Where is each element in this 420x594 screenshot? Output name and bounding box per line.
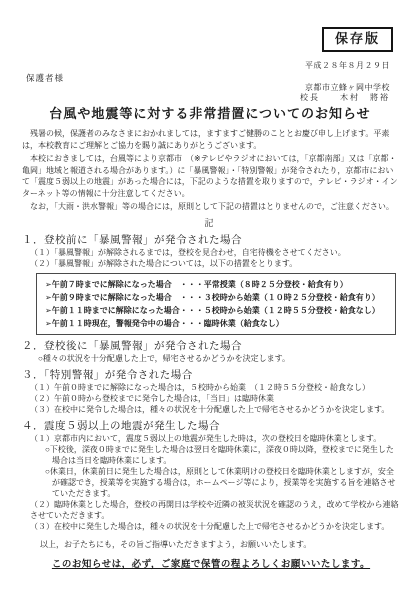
section-storm-warning-before-school: １．登校前に「暴風警報」が発令された場合 （１）「暴風警報」が解除されるまでは，… [22, 233, 400, 335]
section-4-heading: ４．震度５弱以上の地震が発生した場合 [22, 419, 400, 433]
section-4-item-2: （２）臨時休業とした場合，登校の再開日は学校や近隣の被災状況を確認のうえ，改めて… [22, 499, 400, 521]
schedule-line-2: ➢午前９時までに解除になった場合 ・・・３校時から始業（１０時２５分登校・給食有… [45, 291, 387, 304]
section-4-item-3: （３）在校中に発生した場合は，種々の状況を十分配慮した上で帰宅させるかどうかを決… [22, 521, 400, 532]
section-special-warning: ３．「特別警報」が発令された場合 （１）午前０時までに解除になった場合は，５校時… [22, 368, 400, 415]
section-3-item-3: （３）在校中に発令した場合は，種々の状況を十分配慮した上で帰宅させるかどうかを決… [22, 404, 400, 415]
addressee: 保護者様 [26, 72, 64, 84]
section-earthquake: ４．震度５弱以上の地震が発生した場合 （１）京都市内において，震度５弱以上の地震… [22, 419, 400, 532]
closing-note: 以上，お子たちにも，その旨ご指導いただきますよう，お願いいたします。 [22, 539, 400, 551]
document-body: 残暑の候，保護者のみなさまにおかれましては，ますますご健勝のこととお慶び申し上げ… [22, 128, 400, 570]
section-3-heading: ３．「特別警報」が発令された場合 [22, 368, 400, 382]
record-mark: 記 [22, 218, 400, 230]
preservation-stamp: 保存版 [322, 27, 393, 52]
section-1-item-1: （１）「暴風警報」が解除されるまでは，登校を見合わせ，自宅待機をさせてください。 [22, 247, 400, 258]
section-2-note: ○種々の状況を十分配慮した上で，帰宅させるかどうかを決定します。 [22, 353, 400, 364]
section-3-item-2: （２）午前０時から登校までに発令した場合は，「当日」は臨時休業 [22, 393, 400, 404]
section-3-item-1: （１）午前０時までに解除になった場合は，５校時から始業 （１２時５５分登校・給食… [22, 382, 400, 393]
intro-paragraph-1: 残暑の候，保護者のみなさまにおかれましては，ますますご健勝のこととお慶び申し上げ… [22, 128, 400, 151]
schedule-line-3: ➢午前１１時までに解除になった場合・・・５校時から始業（１２時５５分登校・給食な… [45, 304, 387, 317]
notice-page: 保存版 平成２８年８月２９日 保護者様 京都市立蜂ヶ岡中学校 校長 木村 將裕 … [0, 0, 420, 594]
section-4-sub-item-2: ○休業日，休業前日に発生した場合は，原則として休業明けの登校日を臨時休業とします… [22, 466, 400, 499]
principal-name: 校長 木村 將裕 [300, 92, 390, 103]
section-2-heading: ２．登校後に「暴風警報」が発令された場合 [22, 339, 400, 353]
schedule-line-4: ➢午前１１時現在，警報発令中の場合・・・臨時休業（給食なし） [45, 317, 387, 330]
section-1-heading: １．登校前に「暴風警報」が発令された場合 [22, 233, 400, 247]
section-1-item-2: （２）「暴風警報」が解除された場合については，以下の措置をとります。 [22, 258, 400, 269]
section-4-sub-item-1: ○下校後，深夜０時までに発生した場合は翌日を臨時休業に，深夜０時以降，登校までに… [22, 444, 400, 466]
section-4-item-1: （１）京都市内において，震度５弱以上の地震が発生した時は，次の登校日を臨時休業と… [22, 433, 400, 444]
schedule-box: ➢午前７時までに解除になった場合 ・・・平常授業（８時２５分登校・給食有り） ➢… [36, 273, 396, 335]
issue-date: 平成２８年８月２９日 [305, 60, 390, 71]
footer-keep-notice: このお知らせは，必ず，ご家庭で保管の程よろしくお願いいたします。 [22, 559, 400, 571]
document-title: 台風や地震等に対する非常措置についてのお知らせ [0, 103, 420, 122]
intro-paragraph-3: なお，「大雨・洪水警報」等の場合には，原則として下記の措置はとりませんので，ご注… [22, 201, 400, 213]
section-storm-warning-after-school: ２．登校後に「暴風警報」が発令された場合 ○種々の状況を十分配慮した上で，帰宅さ… [22, 339, 400, 364]
intro-paragraph-2: 本校におきましては，台風等により京都市 （※テレビやラジオにおいては，「京都南部… [22, 153, 400, 199]
schedule-line-1: ➢午前７時までに解除になった場合 ・・・平常授業（８時２５分登校・給食有り） [45, 278, 387, 291]
